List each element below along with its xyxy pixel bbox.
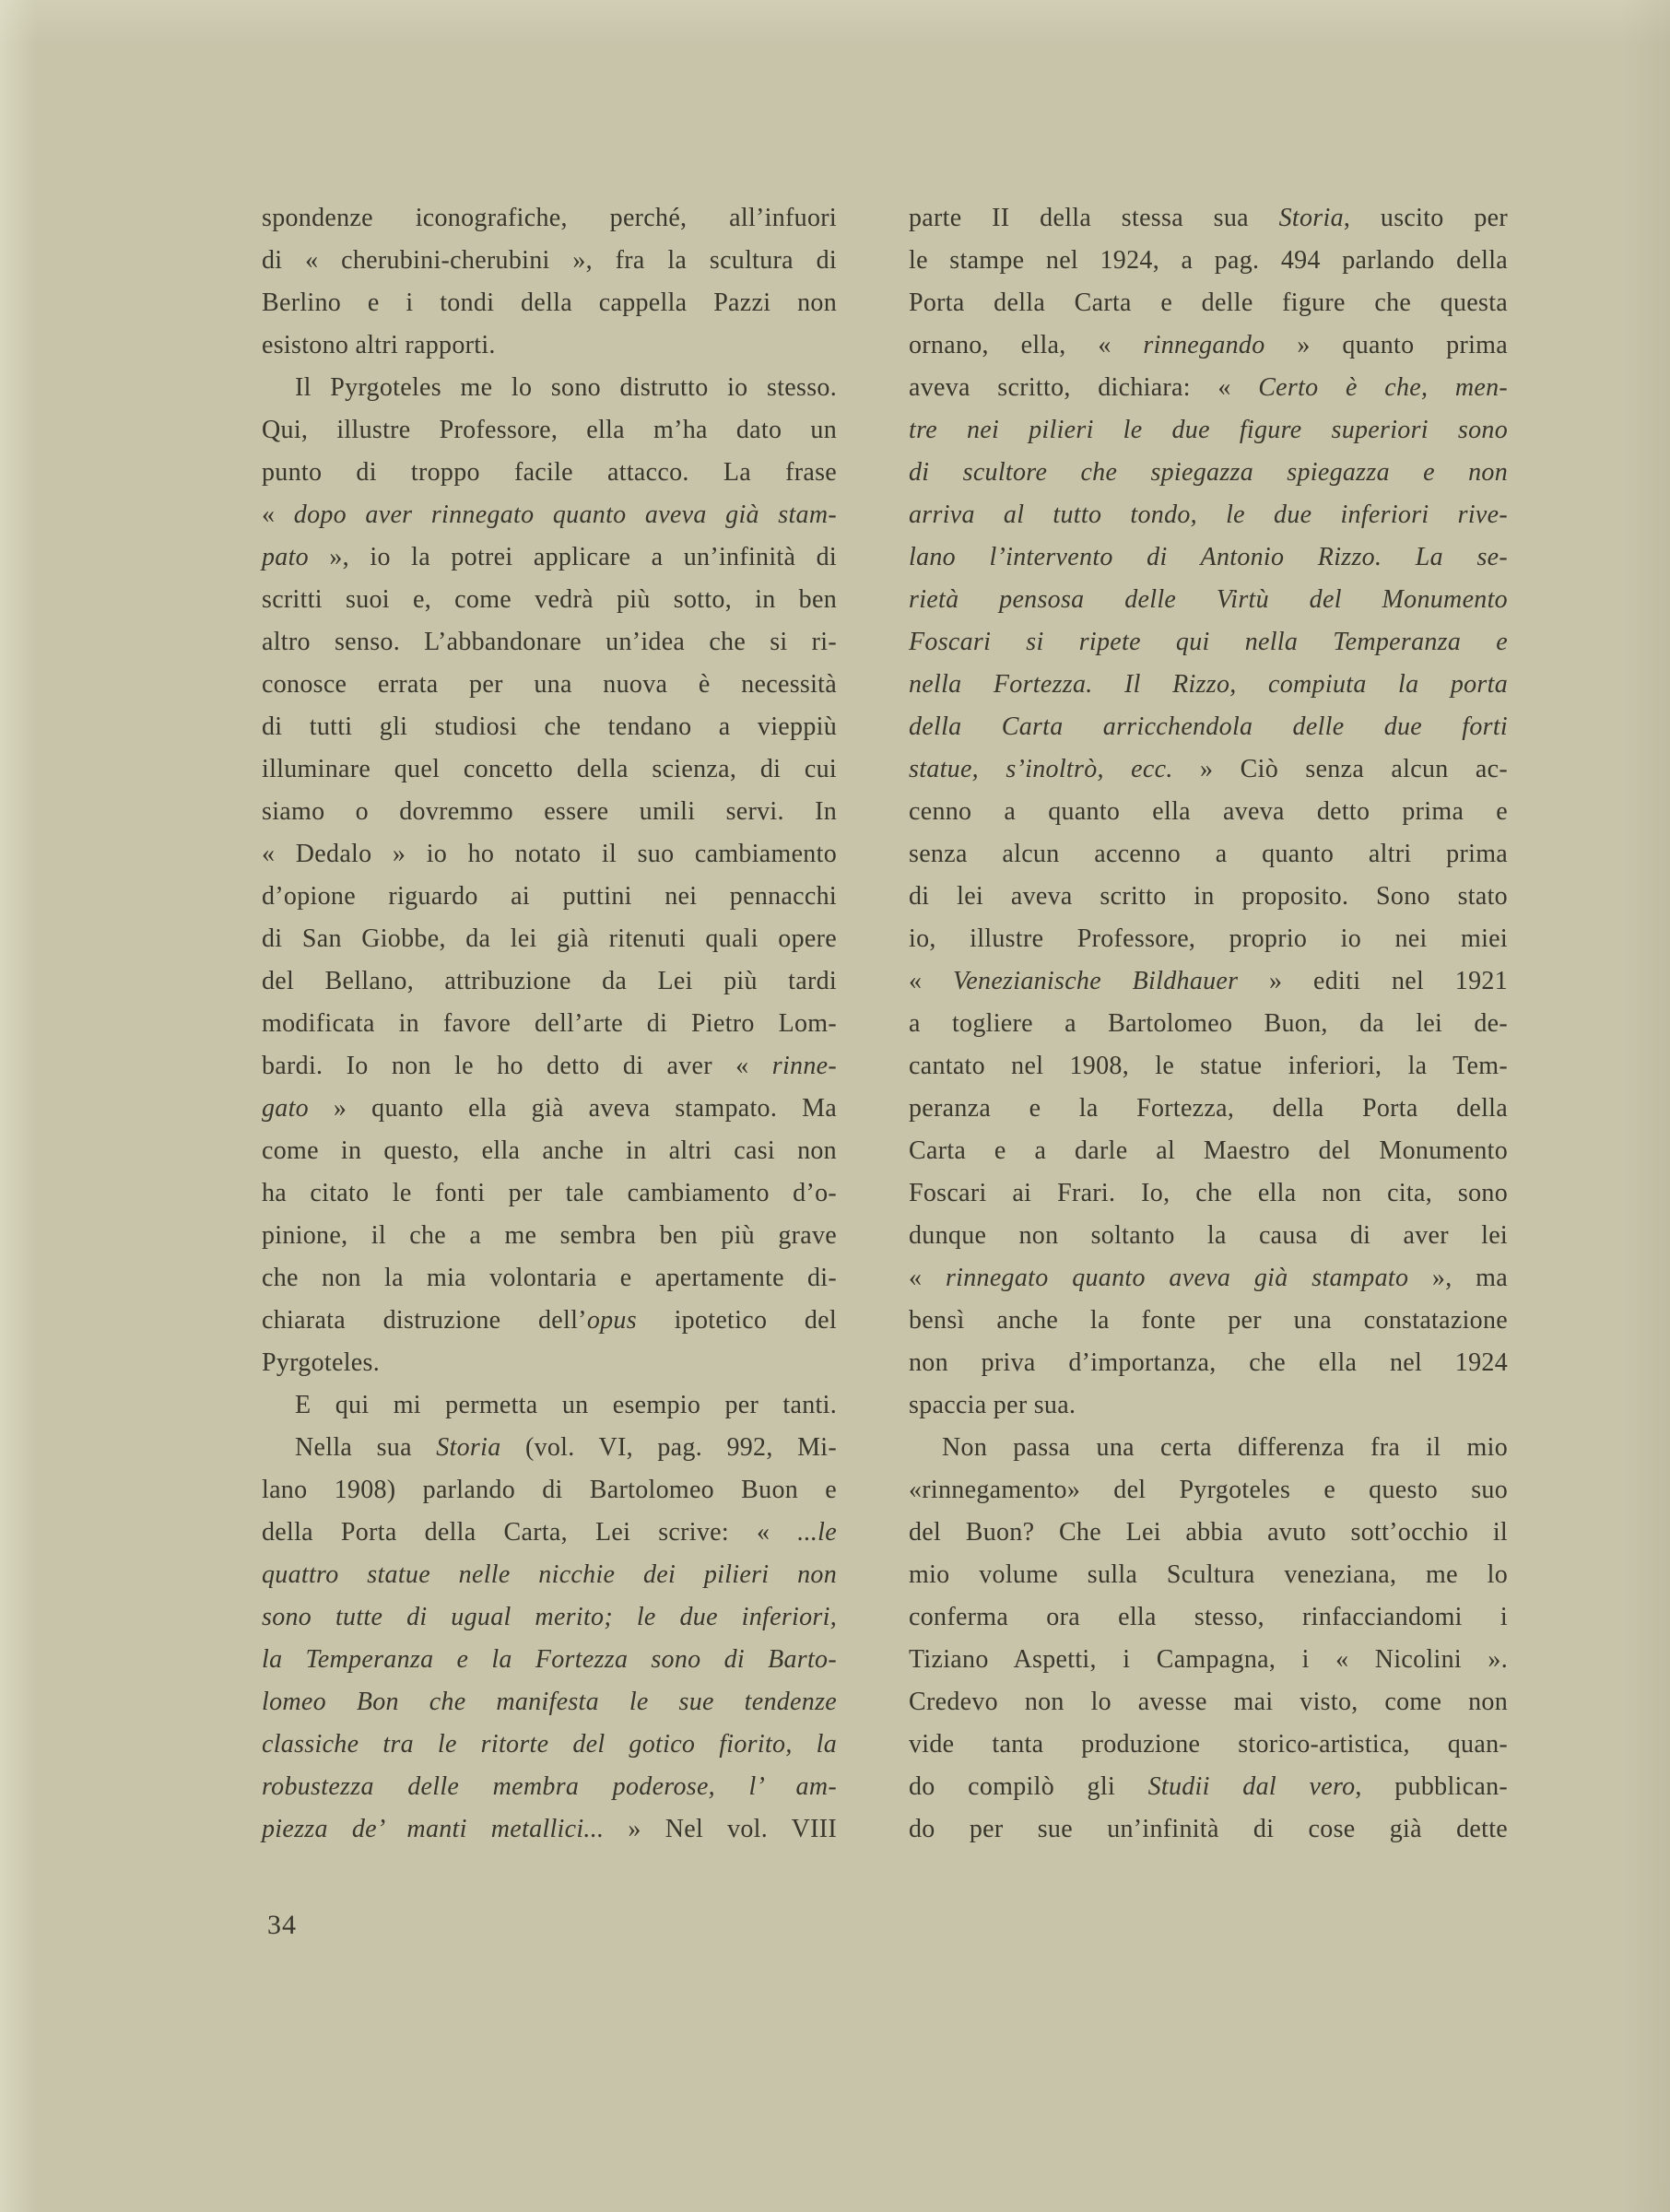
text-segment: vide tanta produzione storico-artistica,… [909,1730,1508,1759]
text-segment: quattro statue nelle nicchie dei pilieri… [262,1560,837,1589]
text-segment: bensì anche la fonte per una constatazio… [909,1306,1508,1335]
text-line: illuminare quel concetto della scienza, … [262,748,837,791]
text-segment: « [262,500,294,529]
book-page: spondenze iconografiche, perché, all’inf… [0,0,1670,2212]
text-segment: Foscari ai Frari. Io, che ella non cita,… [909,1179,1508,1207]
text-segment: punto di troppo facile attacco. La frase [262,458,837,487]
text-line: rietà pensosa delle Virtù del Monumento [909,579,1508,621]
text-line: della Carta arricchendola delle due fort… [909,706,1508,748]
text-segment: di San Giobbe, da lei già ritenuti quali… [262,924,837,953]
text-segment: della Carta arricchendola delle due fort… [909,712,1508,741]
text-segment: Berlino e i tondi della cappella Pazzi n… [262,288,837,317]
text-line: scritti suoi e, come vedrà più sotto, in… [262,579,837,621]
text-line: senza alcun accenno a quanto altri prima [909,833,1508,876]
text-segment: spondenze iconografiche, perché, all’inf… [262,204,837,232]
text-line: piezza de’ manti metallici... » Nel vol.… [262,1808,837,1851]
text-segment: Credevo non lo avesse mai visto, come no… [909,1688,1508,1716]
text-segment: pinione, il che a me sembra ben più grav… [262,1221,837,1250]
text-segment: piezza de’ manti metallici... [262,1815,604,1843]
text-segment: sono tutte di ugual merito; le due infer… [262,1603,837,1631]
text-segment: io, illustre Professore, proprio io nei … [909,924,1508,953]
text-line: le stampe nel 1924, a pag. 494 parlando … [909,240,1508,282]
text-segment: ha citato le fonti per tale cambiamento … [262,1179,837,1207]
text-line: del Bellano, attribuzione da Lei più tar… [262,960,837,1003]
text-line: nella Fortezza. Il Rizzo, compiuta la po… [909,664,1508,706]
text-segment: » editi nel 1921 [1238,967,1508,995]
text-segment: ...le [797,1518,837,1547]
text-segment: parte II della stessa sua [909,204,1279,232]
text-line: pinione, il che a me sembra ben più grav… [262,1215,837,1257]
text-segment: cantato nel 1908, le statue inferiori, l… [909,1052,1508,1080]
text-line: aveva scritto, dichiara: « Certo è che, … [909,367,1508,409]
text-segment: del Buon? Che Lei abbia avuto sott’occhi… [909,1518,1508,1547]
text-segment: rinnegando [1143,331,1264,359]
text-line: non priva d’importanza, che ella nel 192… [909,1342,1508,1384]
text-segment: lomeo Bon che manifesta le sue tendenze [262,1688,837,1716]
text-line: Nella sua Storia (vol. VI, pag. 992, Mi- [262,1427,837,1469]
text-line: peranza e la Fortezza, della Porta della [909,1088,1508,1130]
text-segment: come in questo, ella anche in altri casi… [262,1136,837,1165]
text-line: bardi. Io non le ho detto di aver « rinn… [262,1045,837,1088]
text-segment: le stampe nel 1924, a pag. 494 parlando … [909,246,1508,275]
text-segment: » quanto ella già aveva stampato. Ma [309,1094,837,1123]
text-segment: d’opione riguardo ai puttini nei pennacc… [262,882,837,911]
text-line: di scultore che spiegazza spiegazza e no… [909,452,1508,494]
text-segment: conosce errata per una nuova è necessità [262,670,837,699]
text-segment: conferma ora ella stesso, rinfacciandomi… [909,1603,1508,1631]
text-segment: lano 1908) parlando di Bartolomeo Buon e [262,1476,837,1504]
text-segment: « [909,1264,946,1292]
text-segment: ipotetico del [637,1306,837,1335]
text-segment: classiche tra le ritorte del gotico fior… [262,1730,837,1759]
text-segment: pato [262,543,309,571]
text-segment: che non la mia volontaria e apertamente … [262,1264,837,1292]
text-segment: dunque non soltanto la causa di aver lei [909,1221,1508,1250]
text-line: che non la mia volontaria e apertamente … [262,1257,837,1300]
text-segment: di scultore che spiegazza spiegazza e no… [909,458,1508,487]
text-column-right: parte II della stessa sua Storia, uscito… [909,197,1508,1851]
text-segment: la Temperanza e la Fortezza sono di Bart… [262,1645,837,1674]
text-segment: statue, s’inoltrò, ecc. [909,755,1173,783]
text-line: come in questo, ella anche in altri casi… [262,1130,837,1172]
text-segment: (vol. VI, pag. 992, Mi- [501,1433,837,1462]
text-line: statue, s’inoltrò, ecc. » Ciò senza alcu… [909,748,1508,791]
text-line: « Dedalo » io ho notato il suo cambiamen… [262,833,837,876]
text-line: robustezza delle membra poderose, l’ am- [262,1766,837,1808]
text-segment: aveva scritto, dichiara: « [909,373,1258,402]
text-line: arriva al tutto tondo, le due inferiori … [909,494,1508,536]
text-segment: », ma [1408,1264,1508,1292]
text-line: punto di troppo facile attacco. La frase [262,452,837,494]
text-segment: », io la potrei applicare a un’infinità … [309,543,837,571]
text-segment: Studii dal vero [1148,1772,1356,1801]
text-line: vide tanta produzione storico-artistica,… [909,1724,1508,1766]
page-number: 34 [267,1910,297,1941]
text-line: io, illustre Professore, proprio io nei … [909,918,1508,960]
text-line: ha citato le fonti per tale cambiamento … [262,1172,837,1215]
text-line: « dopo aver rinnegato quanto aveva già s… [262,494,837,536]
text-line: Carta e a darle al Maestro del Monumento [909,1130,1508,1172]
text-line: Il Pyrgoteles me lo sono distrutto io st… [262,367,837,409]
text-segment: » Nel vol. VIII [604,1815,837,1843]
text-segment: Qui, illustre Professore, ella m’ha dato… [262,416,837,444]
text-segment: modificata in favore dell’arte di Pietro… [262,1009,837,1038]
text-segment: Porta della Carta e delle figure che que… [909,288,1508,317]
text-line: classiche tra le ritorte del gotico fior… [262,1724,837,1766]
text-line: Foscari si ripete qui nella Temperanza e [909,621,1508,664]
text-segment: Nella sua [295,1433,436,1462]
text-line: Qui, illustre Professore, ella m’ha dato… [262,409,837,452]
text-segment: , uscito per [1344,204,1508,232]
text-segment: robustezza delle membra poderose, l’ am- [262,1772,837,1801]
text-segment: Tiziano Aspetti, i Campagna, i « Nicolin… [909,1645,1508,1674]
text-segment: illuminare quel concetto della scienza, … [262,755,837,783]
text-segment: Il Pyrgoteles me lo sono distrutto io st… [295,373,837,402]
text-line: di lei aveva scritto in proposito. Sono … [909,876,1508,918]
text-segment: altro senso. L’abbandonare un’idea che s… [262,628,837,656]
text-segment: scritti suoi e, come vedrà più sotto, in… [262,585,837,614]
text-segment: cenno a quanto ella aveva detto prima e [909,797,1508,826]
text-line: del Buon? Che Lei abbia avuto sott’occhi… [909,1512,1508,1554]
text-segment: bardi. Io non le ho detto di aver « [262,1052,772,1080]
text-segment: chiarata distruzione dell’ [262,1306,587,1335]
text-line: pato », io la potrei applicare a un’infi… [262,536,837,579]
text-segment: do per sue un’infinità di cose già dette [909,1815,1508,1843]
text-segment: esistono altri rapporti. [262,331,496,359]
text-segment: rietà pensosa delle Virtù del Monumento [909,585,1508,614]
text-line: altro senso. L’abbandonare un’idea che s… [262,621,837,664]
text-line: quattro statue nelle nicchie dei pilieri… [262,1554,837,1596]
text-segment: Non passa una certa differenza fra il mi… [942,1433,1508,1462]
text-line: sono tutte di ugual merito; le due infer… [262,1596,837,1639]
text-segment: gato [262,1094,309,1123]
text-line: Credevo non lo avesse mai visto, come no… [909,1681,1508,1724]
text-segment: E qui mi permetta un esempio per tanti. [295,1391,837,1419]
text-line: bensì anche la fonte per una constatazio… [909,1300,1508,1342]
text-line: E qui mi permetta un esempio per tanti. [262,1384,837,1427]
text-line: spaccia per sua. [909,1384,1508,1427]
text-line: tre nei pilieri le due figure superiori … [909,409,1508,452]
text-segment: spaccia per sua. [909,1391,1076,1419]
text-segment: do compilò gli [909,1772,1148,1801]
text-segment: di tutti gli studiosi che tendano a viep… [262,712,837,741]
text-segment: Pyrgoteles. [262,1348,380,1377]
text-segment: senza alcun accenno a quanto altri prima [909,840,1508,868]
text-line: a togliere a Bartolomeo Buon, da lei de- [909,1003,1508,1045]
text-line: lano 1908) parlando di Bartolomeo Buon e [262,1469,837,1512]
text-segment: di lei aveva scritto in proposito. Sono … [909,882,1508,911]
text-line: di tutti gli studiosi che tendano a viep… [262,706,837,748]
text-segment: rinnegato quanto aveva già stampato [946,1264,1408,1292]
text-line: cenno a quanto ella aveva detto prima e [909,791,1508,833]
text-line: parte II della stessa sua Storia, uscito… [909,197,1508,240]
text-segment: ornano, ella, « [909,331,1143,359]
text-segment: « Dedalo » io ho notato il suo cambiamen… [262,840,837,868]
text-segment: della Porta della Carta, Lei scrive: « [262,1518,797,1547]
text-segment: non priva d’importanza, che ella nel 192… [909,1348,1508,1377]
text-column-left: spondenze iconografiche, perché, all’inf… [262,197,837,1851]
text-segment: mio volume sulla Scultura veneziana, me … [909,1560,1508,1589]
text-line: Tiziano Aspetti, i Campagna, i « Nicolin… [909,1639,1508,1681]
text-segment: » quanto prima [1265,331,1508,359]
text-line: lomeo Bon che manifesta le sue tendenze [262,1681,837,1724]
text-segment: dopo aver rinnegato quanto aveva già sta… [294,500,837,529]
text-segment: Venezianische Bildhauer [953,967,1238,995]
text-segment: lano l’intervento di Antonio Rizzo. La s… [909,543,1508,571]
text-segment: tre nei pilieri le due figure superiori … [909,416,1508,444]
text-line: mio volume sulla Scultura veneziana, me … [909,1554,1508,1596]
text-line: Non passa una certa differenza fra il mi… [909,1427,1508,1469]
text-segment: arriva al tutto tondo, le due inferiori … [909,500,1508,529]
text-line: Berlino e i tondi della cappella Pazzi n… [262,282,837,324]
text-segment: opus [587,1306,637,1335]
text-line: cantato nel 1908, le statue inferiori, l… [909,1045,1508,1088]
text-segment: Carta e a darle al Maestro del Monumento [909,1136,1508,1165]
text-line: della Porta della Carta, Lei scrive: « .… [262,1512,837,1554]
text-segment: rinne- [772,1052,837,1080]
text-line: « Venezianische Bildhauer » editi nel 19… [909,960,1508,1003]
text-segment: siamo o dovremmo essere umili servi. In [262,797,837,826]
text-line: modificata in favore dell’arte di Pietro… [262,1003,837,1045]
text-line: ornano, ella, « rinnegando » quanto prim… [909,324,1508,367]
text-segment: « [909,967,953,995]
text-line: conosce errata per una nuova è necessità [262,664,837,706]
text-line: conferma ora ella stesso, rinfacciandomi… [909,1596,1508,1639]
text-segment: » Ciò senza alcun ac- [1173,755,1508,783]
text-line: dunque non soltanto la causa di aver lei [909,1215,1508,1257]
text-line: siamo o dovremmo essere umili servi. In [262,791,837,833]
text-segment: Foscari si ripete qui nella Temperanza e [909,628,1508,656]
text-line: Foscari ai Frari. Io, che ella non cita,… [909,1172,1508,1215]
text-segment: Certo è che, men- [1258,373,1508,402]
text-line: di « cherubini-cherubini », fra la scult… [262,240,837,282]
text-line: la Temperanza e la Fortezza sono di Bart… [262,1639,837,1681]
text-line: « rinnegato quanto aveva già stampato »,… [909,1257,1508,1300]
text-line: Pyrgoteles. [262,1342,837,1384]
text-segment: nella Fortezza. Il Rizzo, compiuta la po… [909,670,1508,699]
text-line: d’opione riguardo ai puttini nei pennacc… [262,876,837,918]
text-line: do per sue un’infinità di cose già dette [909,1808,1508,1851]
text-line: spondenze iconografiche, perché, all’inf… [262,197,837,240]
text-line: chiarata distruzione dell’opus ipotetico… [262,1300,837,1342]
text-segment: di « cherubini-cherubini », fra la scult… [262,246,837,275]
text-line: esistono altri rapporti. [262,324,837,367]
text-line: lano l’intervento di Antonio Rizzo. La s… [909,536,1508,579]
text-segment: «rinnegamento» del Pyrgoteles e questo s… [909,1476,1508,1504]
text-segment: Storia [436,1433,500,1462]
text-line: «rinnegamento» del Pyrgoteles e questo s… [909,1469,1508,1512]
text-segment: Storia [1279,204,1344,232]
text-line: do compilò gli Studii dal vero, pubblica… [909,1766,1508,1808]
text-line: di San Giobbe, da lei già ritenuti quali… [262,918,837,960]
text-line: Porta della Carta e delle figure che que… [909,282,1508,324]
text-segment: peranza e la Fortezza, della Porta della [909,1094,1508,1123]
text-segment: del Bellano, attribuzione da Lei più tar… [262,967,837,995]
text-segment: a togliere a Bartolomeo Buon, da lei de- [909,1009,1508,1038]
text-segment: , pubblican- [1355,1772,1508,1801]
text-line: gato » quanto ella già aveva stampato. M… [262,1088,837,1130]
